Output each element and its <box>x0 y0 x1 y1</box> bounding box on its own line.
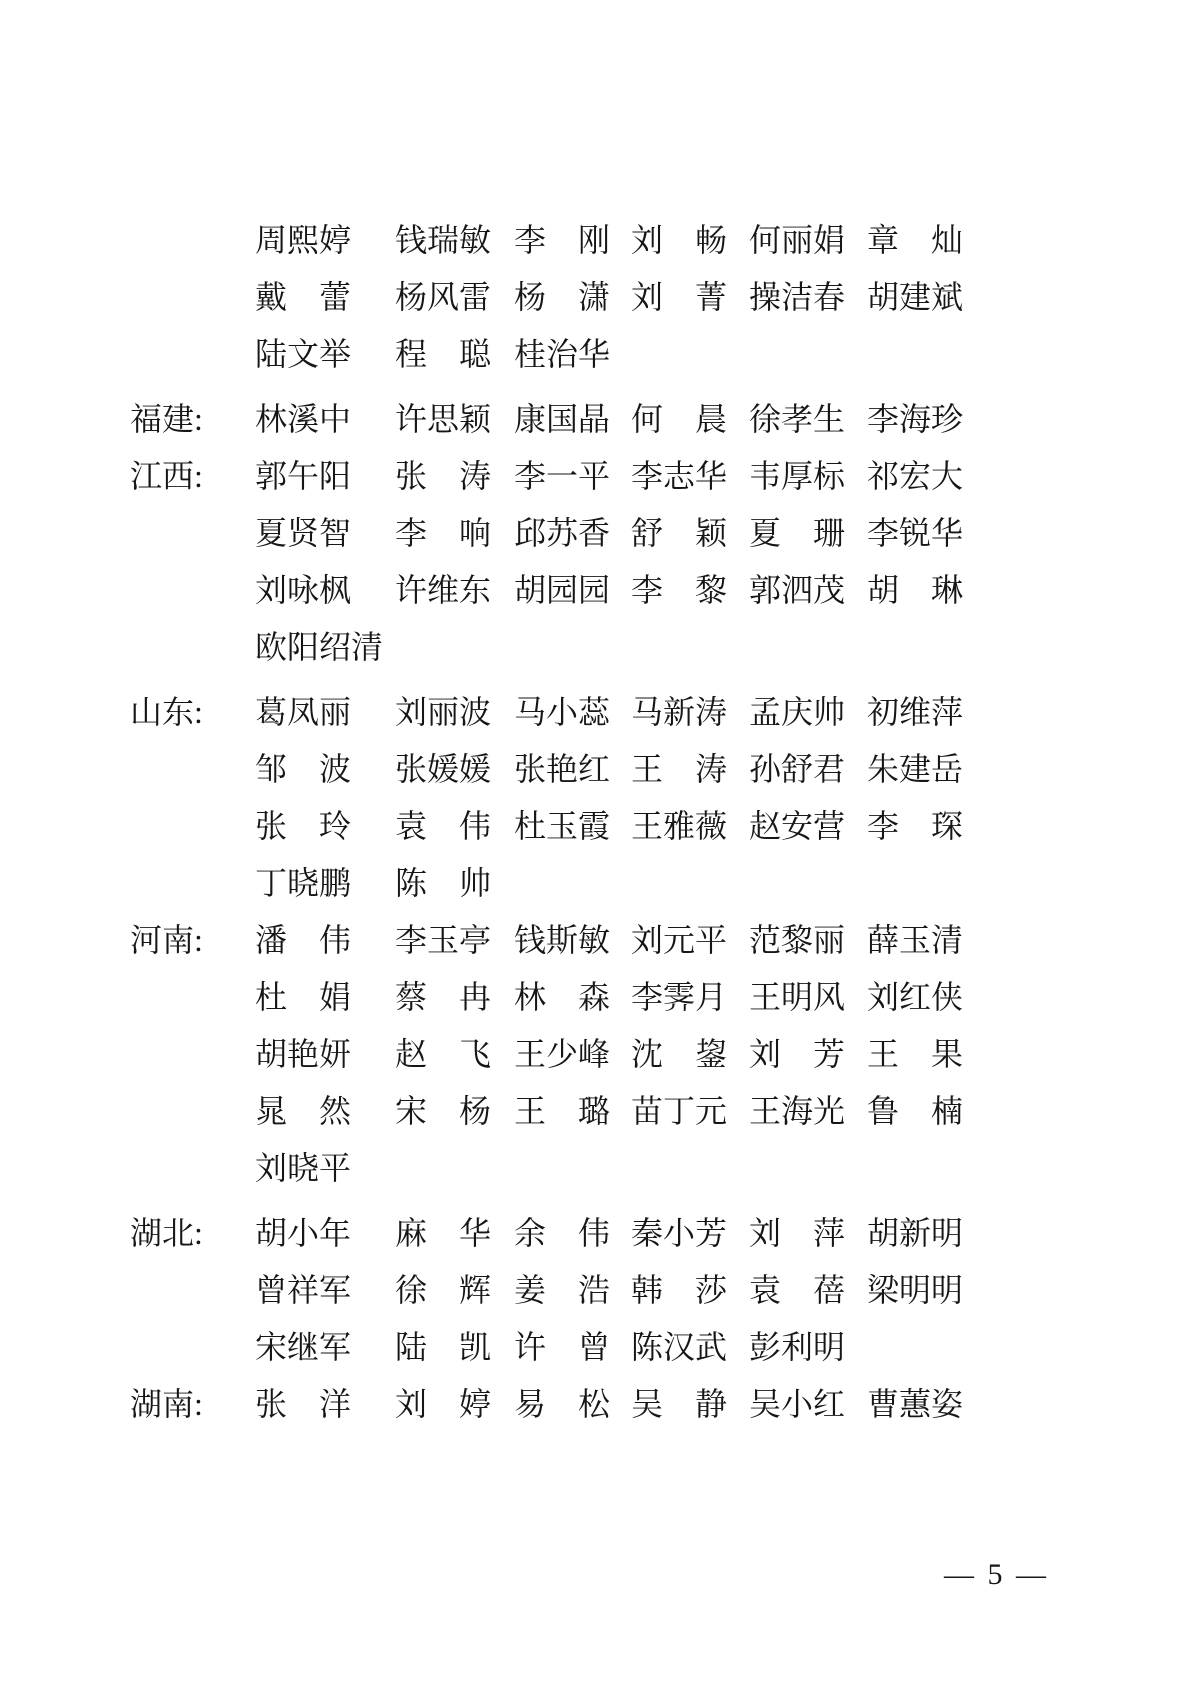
document-page: 周熙婷钱瑞敏李 刚刘 畅何丽娟章 灿戴 蕾杨风雷杨 潇刘 菁操洁春胡建斌陆文举程… <box>0 0 1200 1696</box>
person-name: 林 森 <box>514 969 610 1026</box>
name-row: 丁晓鹏陈 帅 <box>0 855 1200 912</box>
person-name: 章 灿 <box>867 212 963 269</box>
person-name: 许思颖 <box>395 391 491 448</box>
person-name: 王 璐 <box>514 1083 610 1140</box>
person-name: 丁晓鹏 <box>255 855 351 912</box>
province-label: 山东: <box>130 684 203 741</box>
person-name: 钱斯敏 <box>514 912 610 969</box>
person-name: 沈 鋆 <box>631 1026 727 1083</box>
person-name: 薛玉清 <box>867 912 963 969</box>
person-name: 郭午阳 <box>255 448 351 505</box>
person-name: 刘咏枫 <box>255 562 351 619</box>
person-name: 曾祥军 <box>255 1262 351 1319</box>
person-name: 夏贤智 <box>255 505 351 562</box>
person-name: 初维萍 <box>867 684 963 741</box>
person-name: 李 刚 <box>514 212 610 269</box>
person-name: 苗丁元 <box>631 1083 727 1140</box>
name-row: 湖南:张 洋刘 婷易 松吴 静吴小红曹蕙姿 <box>0 1376 1200 1433</box>
person-name: 刘 畅 <box>631 212 727 269</box>
person-name: 郭泗茂 <box>749 562 845 619</box>
person-name: 蔡 冉 <box>395 969 491 1026</box>
person-name: 葛凤丽 <box>255 684 351 741</box>
person-name: 周熙婷 <box>255 212 351 269</box>
person-name: 李 黎 <box>631 562 727 619</box>
person-name: 胡 琳 <box>867 562 963 619</box>
person-name: 王 果 <box>867 1026 963 1083</box>
person-name: 宋继军 <box>255 1319 351 1376</box>
person-name: 许维东 <box>395 562 491 619</box>
person-name: 麻 华 <box>395 1205 491 1262</box>
person-name: 余 伟 <box>514 1205 610 1262</box>
name-row: 戴 蕾杨风雷杨 潇刘 菁操洁春胡建斌 <box>0 269 1200 326</box>
person-name: 刘元平 <box>631 912 727 969</box>
person-name: 杨风雷 <box>395 269 491 326</box>
person-name: 徐孝生 <box>749 391 845 448</box>
person-name: 李玉亭 <box>395 912 491 969</box>
person-name: 马小蕊 <box>514 684 610 741</box>
name-row: 陆文举程 聪桂治华 <box>0 326 1200 383</box>
name-row: 欧阳绍清 <box>0 619 1200 676</box>
person-name: 戴 蕾 <box>255 269 351 326</box>
person-name: 王少峰 <box>514 1026 610 1083</box>
person-name: 欧阳绍清 <box>255 619 383 676</box>
person-name: 袁 蓓 <box>749 1262 845 1319</box>
person-name: 王雅薇 <box>631 798 727 855</box>
person-name: 张媛媛 <box>395 741 491 798</box>
person-name: 桂治华 <box>514 326 610 383</box>
person-name: 鲁 楠 <box>867 1083 963 1140</box>
person-name: 胡新明 <box>867 1205 963 1262</box>
person-name: 杜 娟 <box>255 969 351 1026</box>
person-name: 刘 萍 <box>749 1205 845 1262</box>
person-name: 张 洋 <box>255 1376 351 1433</box>
name-list: 周熙婷钱瑞敏李 刚刘 畅何丽娟章 灿戴 蕾杨风雷杨 潇刘 菁操洁春胡建斌陆文举程… <box>0 212 1200 1433</box>
name-row: 刘咏枫许维东胡园园李 黎郭泗茂胡 琳 <box>0 562 1200 619</box>
person-name: 袁 伟 <box>395 798 491 855</box>
person-name: 邱苏香 <box>514 505 610 562</box>
person-name: 陆文举 <box>255 326 351 383</box>
person-name: 舒 颖 <box>631 505 727 562</box>
person-name: 李海珍 <box>867 391 963 448</box>
person-name: 吴 静 <box>631 1376 727 1433</box>
person-name: 马新涛 <box>631 684 727 741</box>
person-name: 姜 浩 <box>514 1262 610 1319</box>
province-label: 河南: <box>130 912 203 969</box>
page-number: — 5 — <box>944 1558 1049 1592</box>
person-name: 何 晨 <box>631 391 727 448</box>
person-name: 朱建岳 <box>867 741 963 798</box>
person-name: 孟庆帅 <box>749 684 845 741</box>
person-name: 陆 凯 <box>395 1319 491 1376</box>
person-name: 范黎丽 <box>749 912 845 969</box>
person-name: 王明风 <box>749 969 845 1026</box>
person-name: 杜玉霞 <box>514 798 610 855</box>
person-name: 吴小红 <box>749 1376 845 1433</box>
person-name: 秦小芳 <box>631 1205 727 1262</box>
person-name: 陈 帅 <box>395 855 491 912</box>
name-row: 晁 然宋 杨王 璐苗丁元王海光鲁 楠 <box>0 1083 1200 1140</box>
person-name: 刘红侠 <box>867 969 963 1026</box>
person-name: 李 琛 <box>867 798 963 855</box>
name-row: 湖北:胡小年麻 华余 伟秦小芳刘 萍胡新明 <box>0 1205 1200 1262</box>
person-name: 李志华 <box>631 448 727 505</box>
person-name: 陈汉武 <box>631 1319 727 1376</box>
person-name: 徐 辉 <box>395 1262 491 1319</box>
name-row: 宋继军陆 凯许 曾陈汉武彭利明 <box>0 1319 1200 1376</box>
person-name: 康国晶 <box>514 391 610 448</box>
person-name: 韩 莎 <box>631 1262 727 1319</box>
name-row: 胡艳妍赵 飞王少峰沈 鋆刘 芳王 果 <box>0 1026 1200 1083</box>
person-name: 胡小年 <box>255 1205 351 1262</box>
name-row: 周熙婷钱瑞敏李 刚刘 畅何丽娟章 灿 <box>0 212 1200 269</box>
person-name: 程 聪 <box>395 326 491 383</box>
person-name: 刘晓平 <box>255 1140 351 1197</box>
person-name: 赵安营 <box>749 798 845 855</box>
person-name: 刘 菁 <box>631 269 727 326</box>
name-row: 邹 波张媛媛张艳红王 涛孙舒君朱建岳 <box>0 741 1200 798</box>
person-name: 林溪中 <box>255 391 351 448</box>
name-row: 福建:林溪中许思颖康国晶何 晨徐孝生李海珍 <box>0 391 1200 448</box>
province-label: 江西: <box>130 448 203 505</box>
person-name: 刘丽波 <box>395 684 491 741</box>
person-name: 许 曾 <box>514 1319 610 1376</box>
person-name: 曹蕙姿 <box>867 1376 963 1433</box>
person-name: 孙舒君 <box>749 741 845 798</box>
name-row: 河南:潘 伟李玉亭钱斯敏刘元平范黎丽薛玉清 <box>0 912 1200 969</box>
name-row: 夏贤智李 响邱苏香舒 颖夏 珊李锐华 <box>0 505 1200 562</box>
person-name: 张 玲 <box>255 798 351 855</box>
person-name: 李 响 <box>395 505 491 562</box>
name-row: 张 玲袁 伟杜玉霞王雅薇赵安营李 琛 <box>0 798 1200 855</box>
person-name: 钱瑞敏 <box>395 212 491 269</box>
name-row: 江西:郭午阳张 涛李一平李志华韦厚标祁宏大 <box>0 448 1200 505</box>
province-label: 湖北: <box>130 1205 203 1262</box>
person-name: 夏 珊 <box>749 505 845 562</box>
person-name: 李一平 <box>514 448 610 505</box>
person-name: 张艳红 <box>514 741 610 798</box>
person-name: 祁宏大 <box>867 448 963 505</box>
person-name: 胡园园 <box>514 562 610 619</box>
name-row: 刘晓平 <box>0 1140 1200 1197</box>
person-name: 赵 飞 <box>395 1026 491 1083</box>
person-name: 晁 然 <box>255 1083 351 1140</box>
person-name: 宋 杨 <box>395 1083 491 1140</box>
name-row: 山东:葛凤丽刘丽波马小蕊马新涛孟庆帅初维萍 <box>0 684 1200 741</box>
person-name: 胡建斌 <box>867 269 963 326</box>
person-name: 王 涛 <box>631 741 727 798</box>
province-label: 湖南: <box>130 1376 203 1433</box>
person-name: 操洁春 <box>749 269 845 326</box>
person-name: 胡艳妍 <box>255 1026 351 1083</box>
person-name: 韦厚标 <box>749 448 845 505</box>
person-name: 潘 伟 <box>255 912 351 969</box>
person-name: 梁明明 <box>867 1262 963 1319</box>
name-row: 曾祥军徐 辉姜 浩韩 莎袁 蓓梁明明 <box>0 1262 1200 1319</box>
person-name: 彭利明 <box>749 1319 845 1376</box>
person-name: 易 松 <box>514 1376 610 1433</box>
person-name: 杨 潇 <box>514 269 610 326</box>
person-name: 张 涛 <box>395 448 491 505</box>
person-name: 王海光 <box>749 1083 845 1140</box>
name-row: 杜 娟蔡 冉林 森李霁月王明风刘红侠 <box>0 969 1200 1026</box>
person-name: 李锐华 <box>867 505 963 562</box>
province-label: 福建: <box>130 391 203 448</box>
person-name: 邹 波 <box>255 741 351 798</box>
person-name: 何丽娟 <box>749 212 845 269</box>
person-name: 刘 婷 <box>395 1376 491 1433</box>
person-name: 刘 芳 <box>749 1026 845 1083</box>
person-name: 李霁月 <box>631 969 727 1026</box>
